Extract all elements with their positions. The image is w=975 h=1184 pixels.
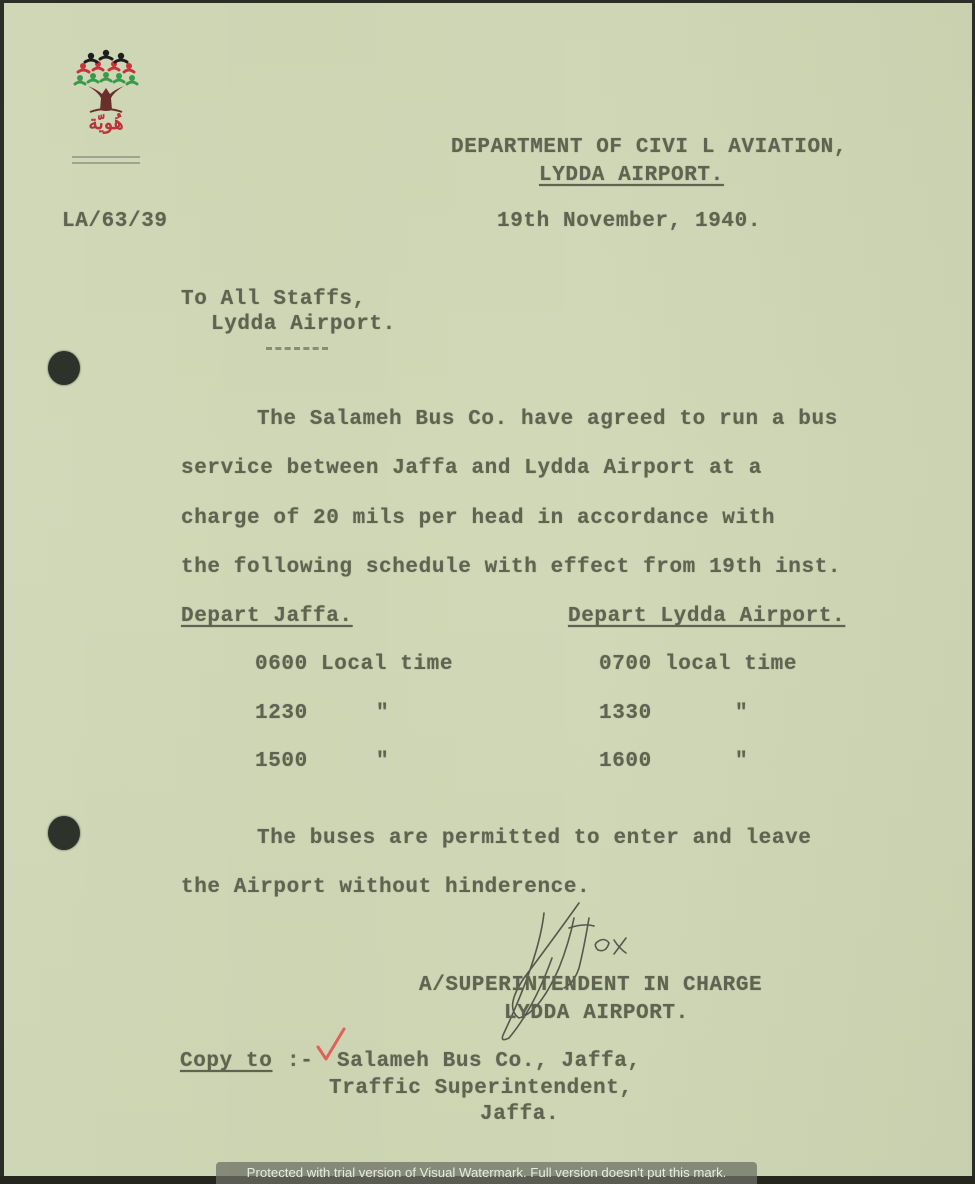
- department-location: LYDDA AIRPORT.: [539, 165, 724, 186]
- schedule-header-jaffa: Depart Jaffa.: [181, 606, 353, 627]
- punch-hole: [48, 816, 80, 850]
- ditto-mark: ": [735, 703, 748, 724]
- document-page: هُويّة DEPARTMENT OF CIVI L AVIATION, LY…: [4, 3, 972, 1176]
- reference-number: LA/63/39: [62, 211, 168, 232]
- lydda-departure: 0700 local time: [599, 654, 797, 675]
- body-line: service between Jaffa and Lydda Airport …: [181, 458, 762, 479]
- body-line: The Salameh Bus Co. have agreed to run a…: [257, 409, 838, 430]
- signatory-location: LYDDA AIRPORT.: [504, 1003, 689, 1024]
- lydda-departure: 1330: [599, 703, 652, 724]
- body-line: charge of 20 mils per head in accordance…: [181, 508, 775, 529]
- copy-to-label: Copy to: [180, 1051, 272, 1072]
- body-line: the Airport without hinderence.: [181, 877, 590, 898]
- lydda-departure: 1600: [599, 751, 652, 772]
- body-line: The buses are permitted to enter and lea…: [257, 828, 812, 849]
- logo-arabic-title: هُويّة: [68, 112, 144, 134]
- jaffa-departure: 1230: [255, 703, 308, 724]
- jaffa-departure: 1500: [255, 751, 308, 772]
- addressee-line-1: To All Staffs,: [181, 289, 366, 310]
- ditto-mark: ": [376, 703, 389, 724]
- hawiya-logo: هُويّة: [68, 48, 144, 170]
- schedule-header-lydda: Depart Lydda Airport.: [568, 606, 845, 627]
- logo-caption-line: [72, 156, 140, 158]
- jaffa-departure: 0600 Local time: [255, 654, 453, 675]
- copy-to-separator: :-: [287, 1051, 313, 1072]
- ditto-mark: ": [735, 751, 748, 772]
- ditto-mark: ": [376, 751, 389, 772]
- addressee-line-2: Lydda Airport.: [211, 314, 396, 335]
- family-tree-icon: [68, 48, 144, 114]
- handwritten-signature: [484, 898, 684, 1048]
- letter-date: 19th November, 1940.: [497, 211, 761, 232]
- copy-recipient: Salameh Bus Co., Jaffa,: [337, 1051, 641, 1072]
- logo-caption-line: [72, 162, 140, 164]
- copy-recipient: Traffic Superintendent,: [329, 1078, 633, 1099]
- punch-hole: [48, 351, 80, 385]
- copy-recipient: Jaffa.: [480, 1104, 559, 1125]
- signatory-title: A/SUPERINTENDENT IN CHARGE: [419, 975, 762, 996]
- department-heading: DEPARTMENT OF CIVI L AVIATION,: [451, 137, 847, 158]
- body-line: the following schedule with effect from …: [181, 557, 841, 578]
- watermark-banner: Protected with trial version of Visual W…: [216, 1162, 757, 1184]
- separator-dash: [266, 347, 328, 353]
